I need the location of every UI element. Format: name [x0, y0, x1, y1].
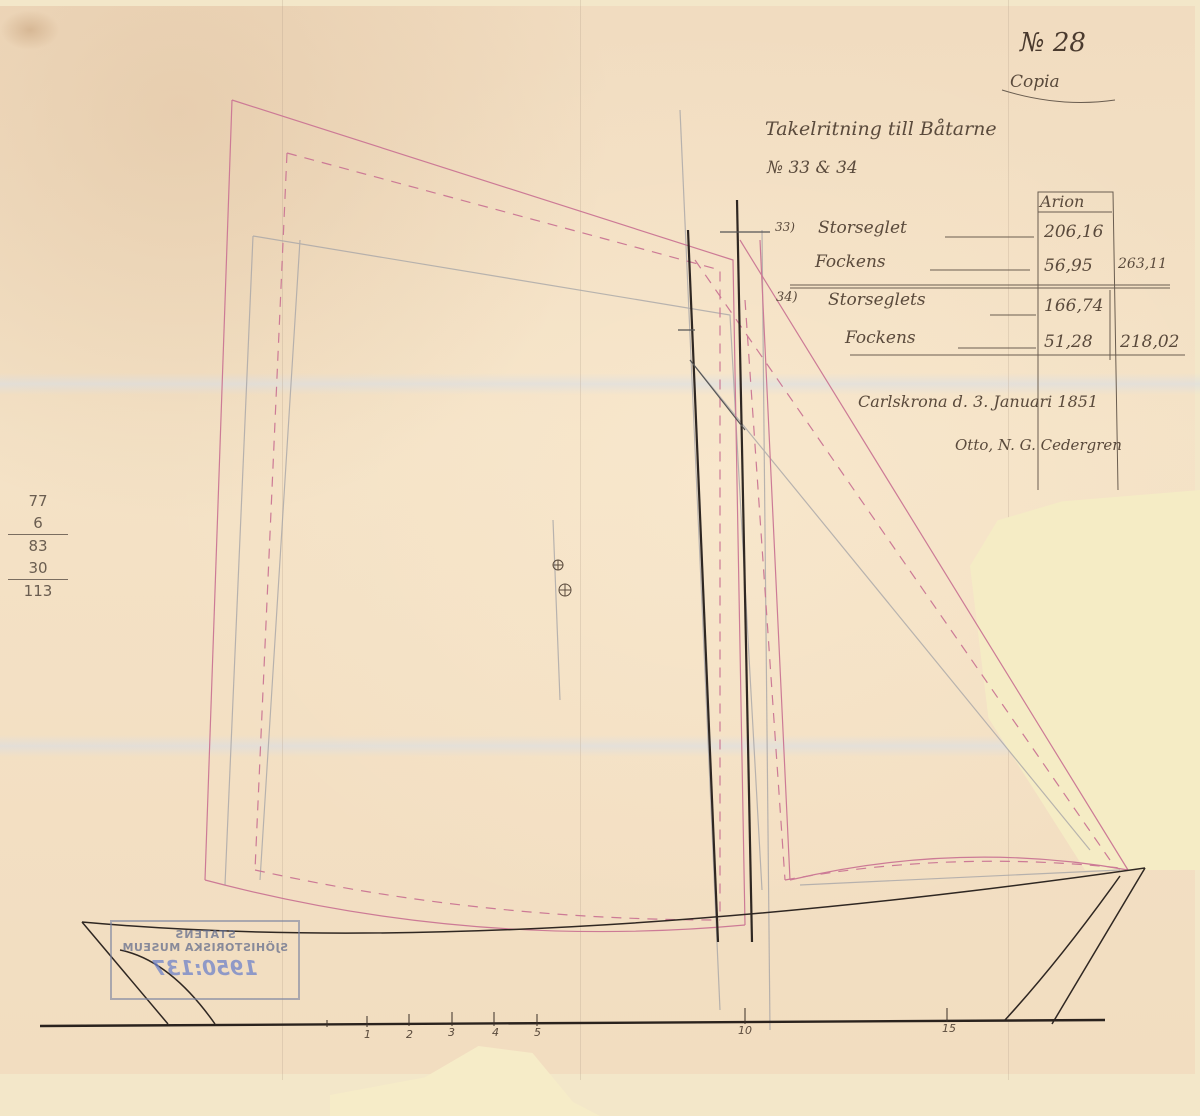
stamp-line-1: STATENS	[112, 928, 298, 941]
signature: Otto, N. G. Cedergren	[955, 436, 1122, 454]
place-and-date: Carlskrona d. 3. Januari 1851	[858, 392, 1098, 411]
scale-label: 3	[448, 1026, 455, 1039]
table-item: Storseglets	[828, 290, 926, 310]
table-item: Fockens	[845, 328, 916, 348]
margin-calculation: 77 6 83 30 113	[8, 490, 68, 602]
stamp-line-2: SJÖHISTORISKA MUSEUM	[112, 941, 298, 954]
scale-label: 4	[492, 1026, 499, 1039]
calc-line: 77	[8, 490, 68, 512]
table-value: 206,16	[1044, 222, 1103, 242]
group-label: 34)	[776, 290, 798, 305]
table-value: 166,74	[1044, 296, 1103, 316]
boat-numbers: № 33 & 34	[767, 158, 858, 178]
scale-label: 5	[534, 1026, 541, 1039]
museum-stamp: STATENS SJÖHISTORISKA MUSEUM 1950:137	[110, 920, 300, 1000]
table-item: Fockens	[815, 252, 886, 272]
table-value: 56,95	[1044, 256, 1093, 276]
table-total: 218,02	[1120, 332, 1179, 352]
calc-line: 30	[8, 557, 68, 580]
group-label: 33)	[775, 220, 795, 234]
table-value: 51,28	[1044, 332, 1093, 352]
scale-label: 2	[406, 1028, 413, 1041]
copy-note: Copia	[1010, 72, 1060, 92]
table-item: Storseglet	[818, 218, 907, 238]
document-number: № 28	[1020, 28, 1086, 58]
scale-label: 1	[364, 1028, 371, 1041]
calc-line: 113	[8, 580, 68, 602]
calc-line: 6	[8, 512, 68, 535]
scale-label: 10	[738, 1024, 752, 1037]
document-heading: Takelritning till Båtarne	[765, 118, 997, 140]
catalogue-number: 1950:137	[112, 956, 298, 980]
calc-line: 83	[8, 535, 68, 557]
table-column-header: Arion	[1040, 192, 1084, 211]
sail-plan-sheet: № 28 Copia Takelritning till Båtarne № 3…	[0, 0, 1200, 1116]
table-total: 263,11	[1118, 256, 1167, 272]
scale-label: 15	[942, 1022, 956, 1035]
